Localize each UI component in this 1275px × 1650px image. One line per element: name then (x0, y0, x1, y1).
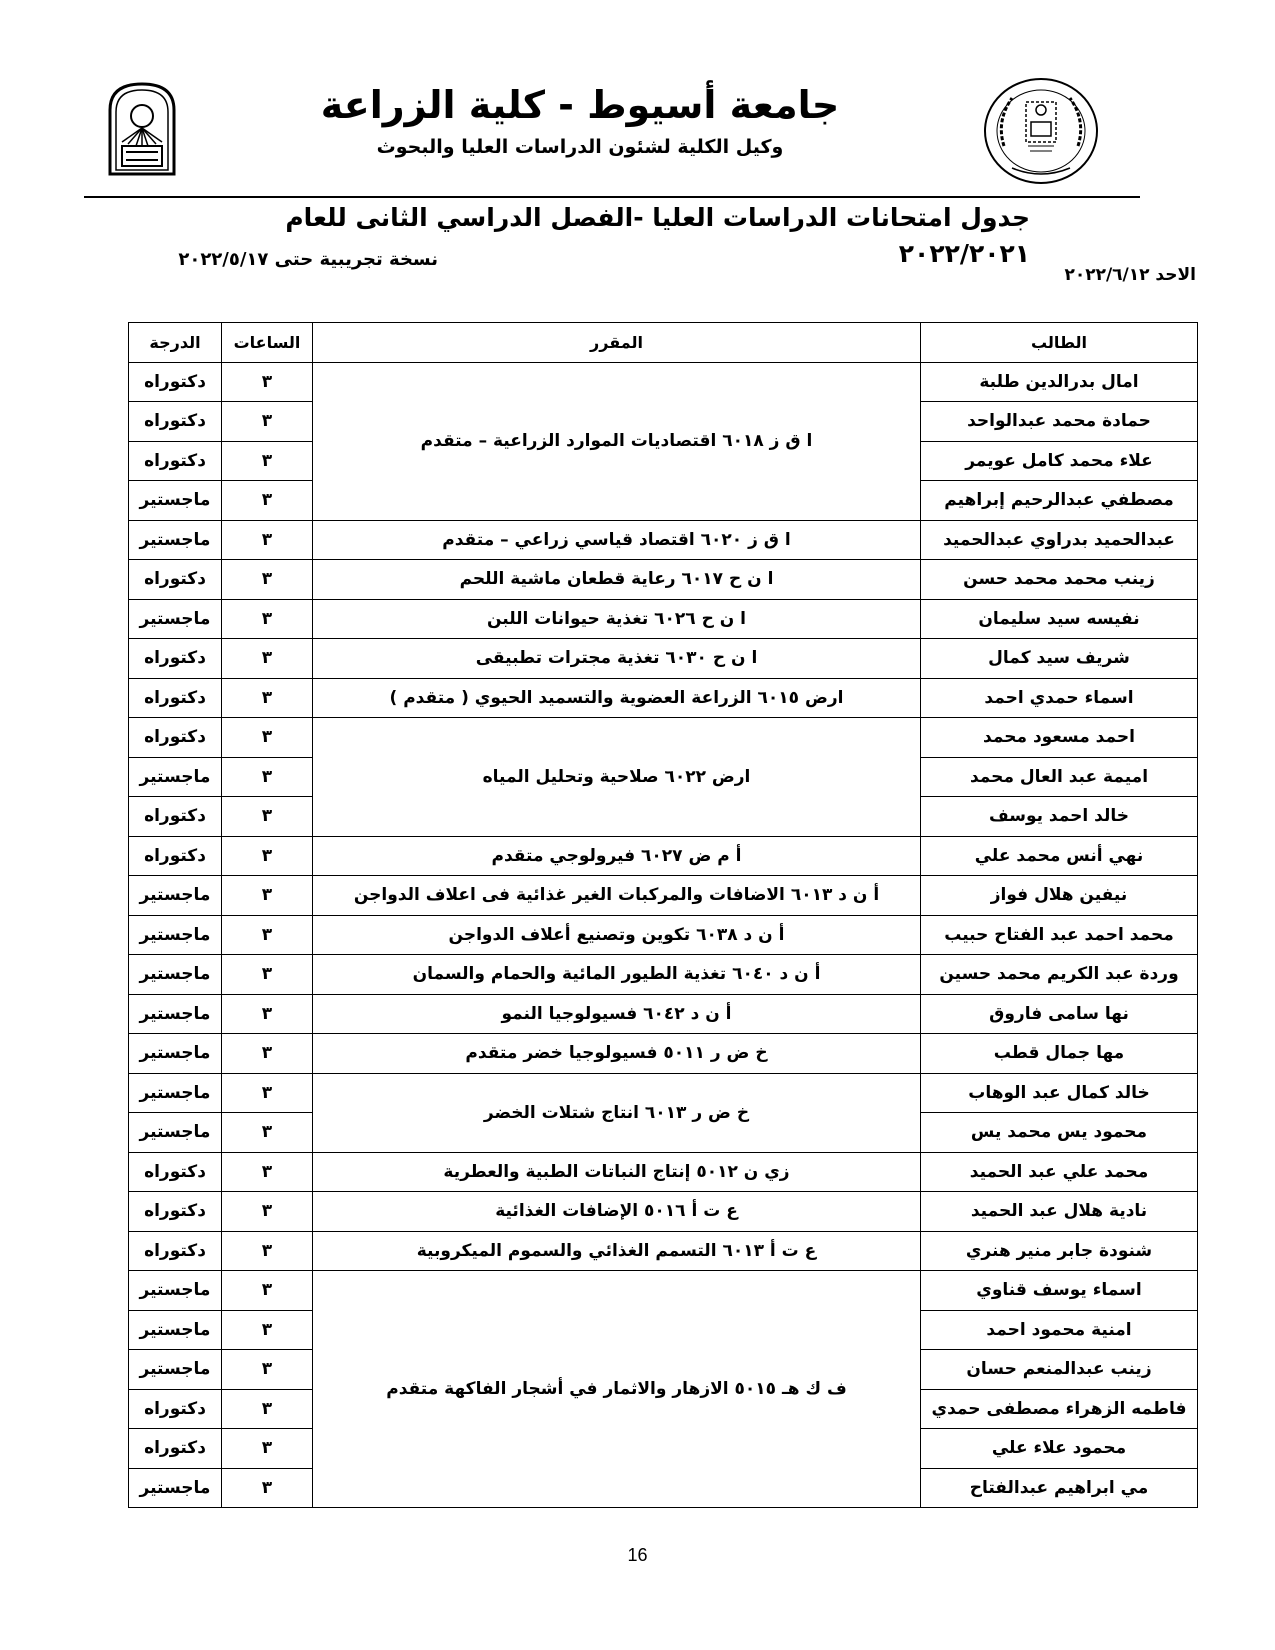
hours-cell: ٣ (222, 1034, 313, 1074)
hours-cell: ٣ (222, 1429, 313, 1469)
hours-cell: ٣ (222, 441, 313, 481)
table-row: امال بدرالدين طلبةا ق ز ٦٠١٨ اقتصاديات ا… (129, 362, 1198, 402)
course-cell: أ م ض ٦٠٢٧ فيرولوجي متقدم (313, 836, 921, 876)
degree-cell: ماجستير (129, 599, 222, 639)
hours-cell: ٣ (222, 1350, 313, 1390)
hours-cell: ٣ (222, 1152, 313, 1192)
column-header-degree: الدرجة (129, 323, 222, 363)
table-row: احمد مسعود محمدارض ٦٠٢٢ صلاحية وتحليل ال… (129, 718, 1198, 758)
student-cell: نيفين هلال فواز (921, 876, 1198, 916)
student-cell: امال بدرالدين طلبة (921, 362, 1198, 402)
hours-cell: ٣ (222, 836, 313, 876)
hours-cell: ٣ (222, 560, 313, 600)
student-cell: نها سامى فاروق (921, 994, 1198, 1034)
degree-cell: دكتوراه (129, 1192, 222, 1232)
course-cell: خ ض ر ٦٠١٣ انتاج شتلات الخضر (313, 1073, 921, 1152)
student-cell: زينب محمد محمد حسن (921, 560, 1198, 600)
course-cell: أ ن د ٦٠٤٠ تغذية الطيور المائية والحمام … (313, 955, 921, 995)
student-cell: مصطفي عبدالرحيم إبراهيم (921, 481, 1198, 521)
table-row: شنودة جابر منير هنريع ت أ ٦٠١٣ التسمم ال… (129, 1231, 1198, 1271)
course-cell: أ ن د ٦٠٤٢ فسيولوجيا النمو (313, 994, 921, 1034)
student-cell: فاطمه الزهراء مصطفى حمدي (921, 1389, 1198, 1429)
student-cell: حمادة محمد عبدالواحد (921, 402, 1198, 442)
degree-cell: ماجستير (129, 1034, 222, 1074)
degree-cell: دكتوراه (129, 1231, 222, 1271)
degree-cell: ماجستير (129, 520, 222, 560)
exam-schedule-table: الطالب المقرر الساعات الدرجة امال بدرالد… (128, 322, 1198, 1508)
vice-dean-subtitle: وكيل الكلية لشئون الدراسات العليا والبحو… (200, 134, 960, 160)
degree-cell: دكتوراه (129, 1152, 222, 1192)
student-cell: خالد احمد يوسف (921, 797, 1198, 837)
student-cell: امنية محمود احمد (921, 1310, 1198, 1350)
hours-cell: ٣ (222, 757, 313, 797)
hours-cell: ٣ (222, 1389, 313, 1429)
hours-cell: ٣ (222, 639, 313, 679)
degree-cell: دكتوراه (129, 402, 222, 442)
assiut-university-logo (106, 80, 178, 176)
course-cell: ا ق ز ٦٠٢٠ اقتصاد قياسي زراعي – متقدم (313, 520, 921, 560)
degree-cell: دكتوراه (129, 836, 222, 876)
column-header-student: الطالب (921, 323, 1198, 363)
student-cell: عبدالحميد بدراوي عبدالحميد (921, 520, 1198, 560)
hours-cell: ٣ (222, 1468, 313, 1508)
hours-cell: ٣ (222, 955, 313, 995)
university-title: جامعة أسيوط - كلية الزراعة (200, 82, 960, 128)
hours-cell: ٣ (222, 797, 313, 837)
degree-cell: ماجستير (129, 1113, 222, 1153)
table-row: مها جمال قطبخ ض ر ٥٠١١ فسيولوجيا خضر متق… (129, 1034, 1198, 1074)
table-row: محمد احمد عبد الفتاح حبيبأ ن د ٦٠٣٨ تكوي… (129, 915, 1198, 955)
degree-cell: ماجستير (129, 481, 222, 521)
degree-cell: دكتوراه (129, 441, 222, 481)
course-cell: ا ن ح ٦٠٣٠ تغذية مجترات تطبيقى (313, 639, 921, 679)
hours-cell: ٣ (222, 481, 313, 521)
hours-cell: ٣ (222, 1231, 313, 1271)
student-cell: زينب عبدالمنعم حسان (921, 1350, 1198, 1390)
hours-cell: ٣ (222, 678, 313, 718)
student-cell: نفيسه سيد سليمان (921, 599, 1198, 639)
table-body: امال بدرالدين طلبةا ق ز ٦٠١٨ اقتصاديات ا… (129, 362, 1198, 1508)
degree-cell: ماجستير (129, 1310, 222, 1350)
degree-cell: دكتوراه (129, 639, 222, 679)
column-header-hours: الساعات (222, 323, 313, 363)
faculty-of-agriculture-seal (982, 76, 1100, 186)
hours-cell: ٣ (222, 1192, 313, 1232)
course-cell: ارض ٦٠٢٢ صلاحية وتحليل المياه (313, 718, 921, 837)
degree-cell: ماجستير (129, 955, 222, 995)
degree-cell: دكتوراه (129, 678, 222, 718)
hours-cell: ٣ (222, 599, 313, 639)
student-cell: مي ابراهيم عبدالفتاح (921, 1468, 1198, 1508)
table-row: وردة عبد الكريم محمد حسينأ ن د ٦٠٤٠ تغذي… (129, 955, 1198, 995)
degree-cell: ماجستير (129, 757, 222, 797)
degree-cell: ماجستير (129, 876, 222, 916)
degree-cell: ماجستير (129, 994, 222, 1034)
student-cell: محمد علي عبد الحميد (921, 1152, 1198, 1192)
hours-cell: ٣ (222, 994, 313, 1034)
course-cell: أ ن د ٦٠١٣ الاضافات والمركبات الغير غذائ… (313, 876, 921, 916)
table-row: خالد كمال عبد الوهابخ ض ر ٦٠١٣ انتاج شتل… (129, 1073, 1198, 1113)
student-cell: محمود يس محمد يس (921, 1113, 1198, 1153)
course-cell: ا ق ز ٦٠١٨ اقتصاديات الموارد الزراعية – … (313, 362, 921, 520)
table-row: نها سامى فاروقأ ن د ٦٠٤٢ فسيولوجيا النمو… (129, 994, 1198, 1034)
student-cell: احمد مسعود محمد (921, 718, 1198, 758)
student-cell: نهي أنس محمد علي (921, 836, 1198, 876)
student-cell: نادية هلال عبد الحميد (921, 1192, 1198, 1232)
degree-cell: دكتوراه (129, 362, 222, 402)
degree-cell: ماجستير (129, 915, 222, 955)
degree-cell: ماجستير (129, 1271, 222, 1311)
exam-day-date: الاحد ٢٠٢٢/٦/١٢ (900, 263, 1196, 287)
table-row: نفيسه سيد سليمانا ن ح ٦٠٢٦ تغذية حيوانات… (129, 599, 1198, 639)
course-cell: ع ت أ ٦٠١٣ التسمم الغذائي والسموم الميكر… (313, 1231, 921, 1271)
degree-cell: دكتوراه (129, 1389, 222, 1429)
hours-cell: ٣ (222, 915, 313, 955)
course-cell: زي ن ٥٠١٢ إنتاج النباتات الطبية والعطرية (313, 1152, 921, 1192)
student-cell: شنودة جابر منير هنري (921, 1231, 1198, 1271)
table-row: عبدالحميد بدراوي عبدالحميدا ق ز ٦٠٢٠ اقت… (129, 520, 1198, 560)
course-cell: ف ك هـ ٥٠١٥ الازهار والاثمار في أشجار ال… (313, 1271, 921, 1508)
degree-cell: دكتوراه (129, 797, 222, 837)
course-cell: خ ض ر ٥٠١١ فسيولوجيا خضر متقدم (313, 1034, 921, 1074)
degree-cell: ماجستير (129, 1350, 222, 1390)
student-cell: اميمة عبد العال محمد (921, 757, 1198, 797)
hours-cell: ٣ (222, 402, 313, 442)
degree-cell: دكتوراه (129, 560, 222, 600)
hours-cell: ٣ (222, 1113, 313, 1153)
table-row: اسماء حمدي احمدارض ٦٠١٥ الزراعة العضوية … (129, 678, 1198, 718)
student-cell: وردة عبد الكريم محمد حسين (921, 955, 1198, 995)
draft-version-note: نسخة تجريبية حتى ٢٠٢٢/٥/١٧ (118, 247, 438, 273)
column-header-course: المقرر (313, 323, 921, 363)
course-cell: ا ن ح ٦٠١٧ رعاية قطعان ماشية اللحم (313, 560, 921, 600)
course-cell: أ ن د ٦٠٣٨ تكوين وتصنيع أعلاف الدواجن (313, 915, 921, 955)
student-cell: خالد كمال عبد الوهاب (921, 1073, 1198, 1113)
course-cell: ع ت أ ٥٠١٦ الإضافات الغذائية (313, 1192, 921, 1232)
student-cell: اسماء حمدي احمد (921, 678, 1198, 718)
hours-cell: ٣ (222, 520, 313, 560)
degree-cell: ماجستير (129, 1468, 222, 1508)
course-cell: ا ن ح ٦٠٢٦ تغذية حيوانات اللبن (313, 599, 921, 639)
course-cell: ارض ٦٠١٥ الزراعة العضوية والتسميد الحيوي… (313, 678, 921, 718)
student-cell: محمد احمد عبد الفتاح حبيب (921, 915, 1198, 955)
degree-cell: ماجستير (129, 1073, 222, 1113)
table-row: شريف سيد كمالا ن ح ٦٠٣٠ تغذية مجترات تطب… (129, 639, 1198, 679)
hours-cell: ٣ (222, 1310, 313, 1350)
hours-cell: ٣ (222, 362, 313, 402)
degree-cell: دكتوراه (129, 1429, 222, 1469)
table-row: نادية هلال عبد الحميدع ت أ ٥٠١٦ الإضافات… (129, 1192, 1198, 1232)
page-number: 16 (600, 1545, 675, 1566)
table-header-row: الطالب المقرر الساعات الدرجة (129, 323, 1198, 363)
table-row: محمد علي عبد الحميدزي ن ٥٠١٢ إنتاج النبا… (129, 1152, 1198, 1192)
table-row: اسماء يوسف قناويف ك هـ ٥٠١٥ الازهار والا… (129, 1271, 1198, 1311)
hours-cell: ٣ (222, 718, 313, 758)
degree-cell: دكتوراه (129, 718, 222, 758)
table-row: نيفين هلال فوازأ ن د ٦٠١٣ الاضافات والمر… (129, 876, 1198, 916)
student-cell: علاء محمد كامل عويمر (921, 441, 1198, 481)
hours-cell: ٣ (222, 1073, 313, 1113)
header-divider (84, 196, 1140, 198)
table-row: نهي أنس محمد عليأ م ض ٦٠٢٧ فيرولوجي متقد… (129, 836, 1198, 876)
table-row: زينب محمد محمد حسنا ن ح ٦٠١٧ رعاية قطعان… (129, 560, 1198, 600)
hours-cell: ٣ (222, 876, 313, 916)
student-cell: مها جمال قطب (921, 1034, 1198, 1074)
student-cell: اسماء يوسف قناوي (921, 1271, 1198, 1311)
student-cell: شريف سيد كمال (921, 639, 1198, 679)
hours-cell: ٣ (222, 1271, 313, 1311)
student-cell: محمود علاء علي (921, 1429, 1198, 1469)
